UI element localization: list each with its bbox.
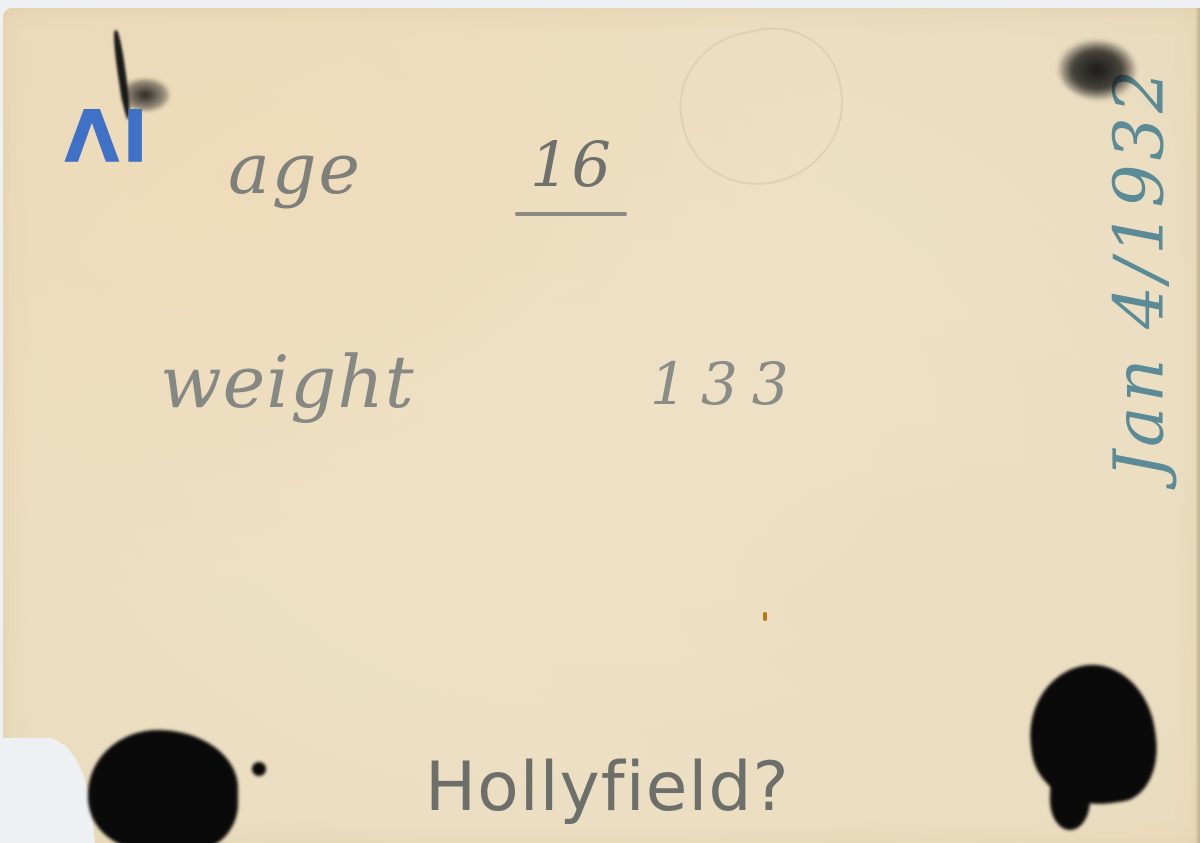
age-value: 16: [530, 128, 613, 201]
adhesive-residue-bottom-left: [88, 730, 238, 843]
card-edge: [1196, 8, 1200, 843]
location-note: Hollyfield?: [425, 748, 790, 827]
weight-value: 133: [650, 350, 803, 418]
age-underline: [515, 212, 627, 216]
scan-background: IV age 16 weight 133 Jan 4/1932 Hollyfie…: [0, 0, 1200, 843]
age-label: age: [228, 128, 362, 210]
paper-speck: [763, 612, 767, 621]
weight-label: weight: [160, 340, 415, 424]
blue-stamp: IV: [62, 98, 149, 170]
date-annotation: Jan 4/1932: [1101, 66, 1180, 478]
adhesive-speck: [252, 762, 266, 776]
adhesive-residue-drip: [1050, 770, 1090, 830]
